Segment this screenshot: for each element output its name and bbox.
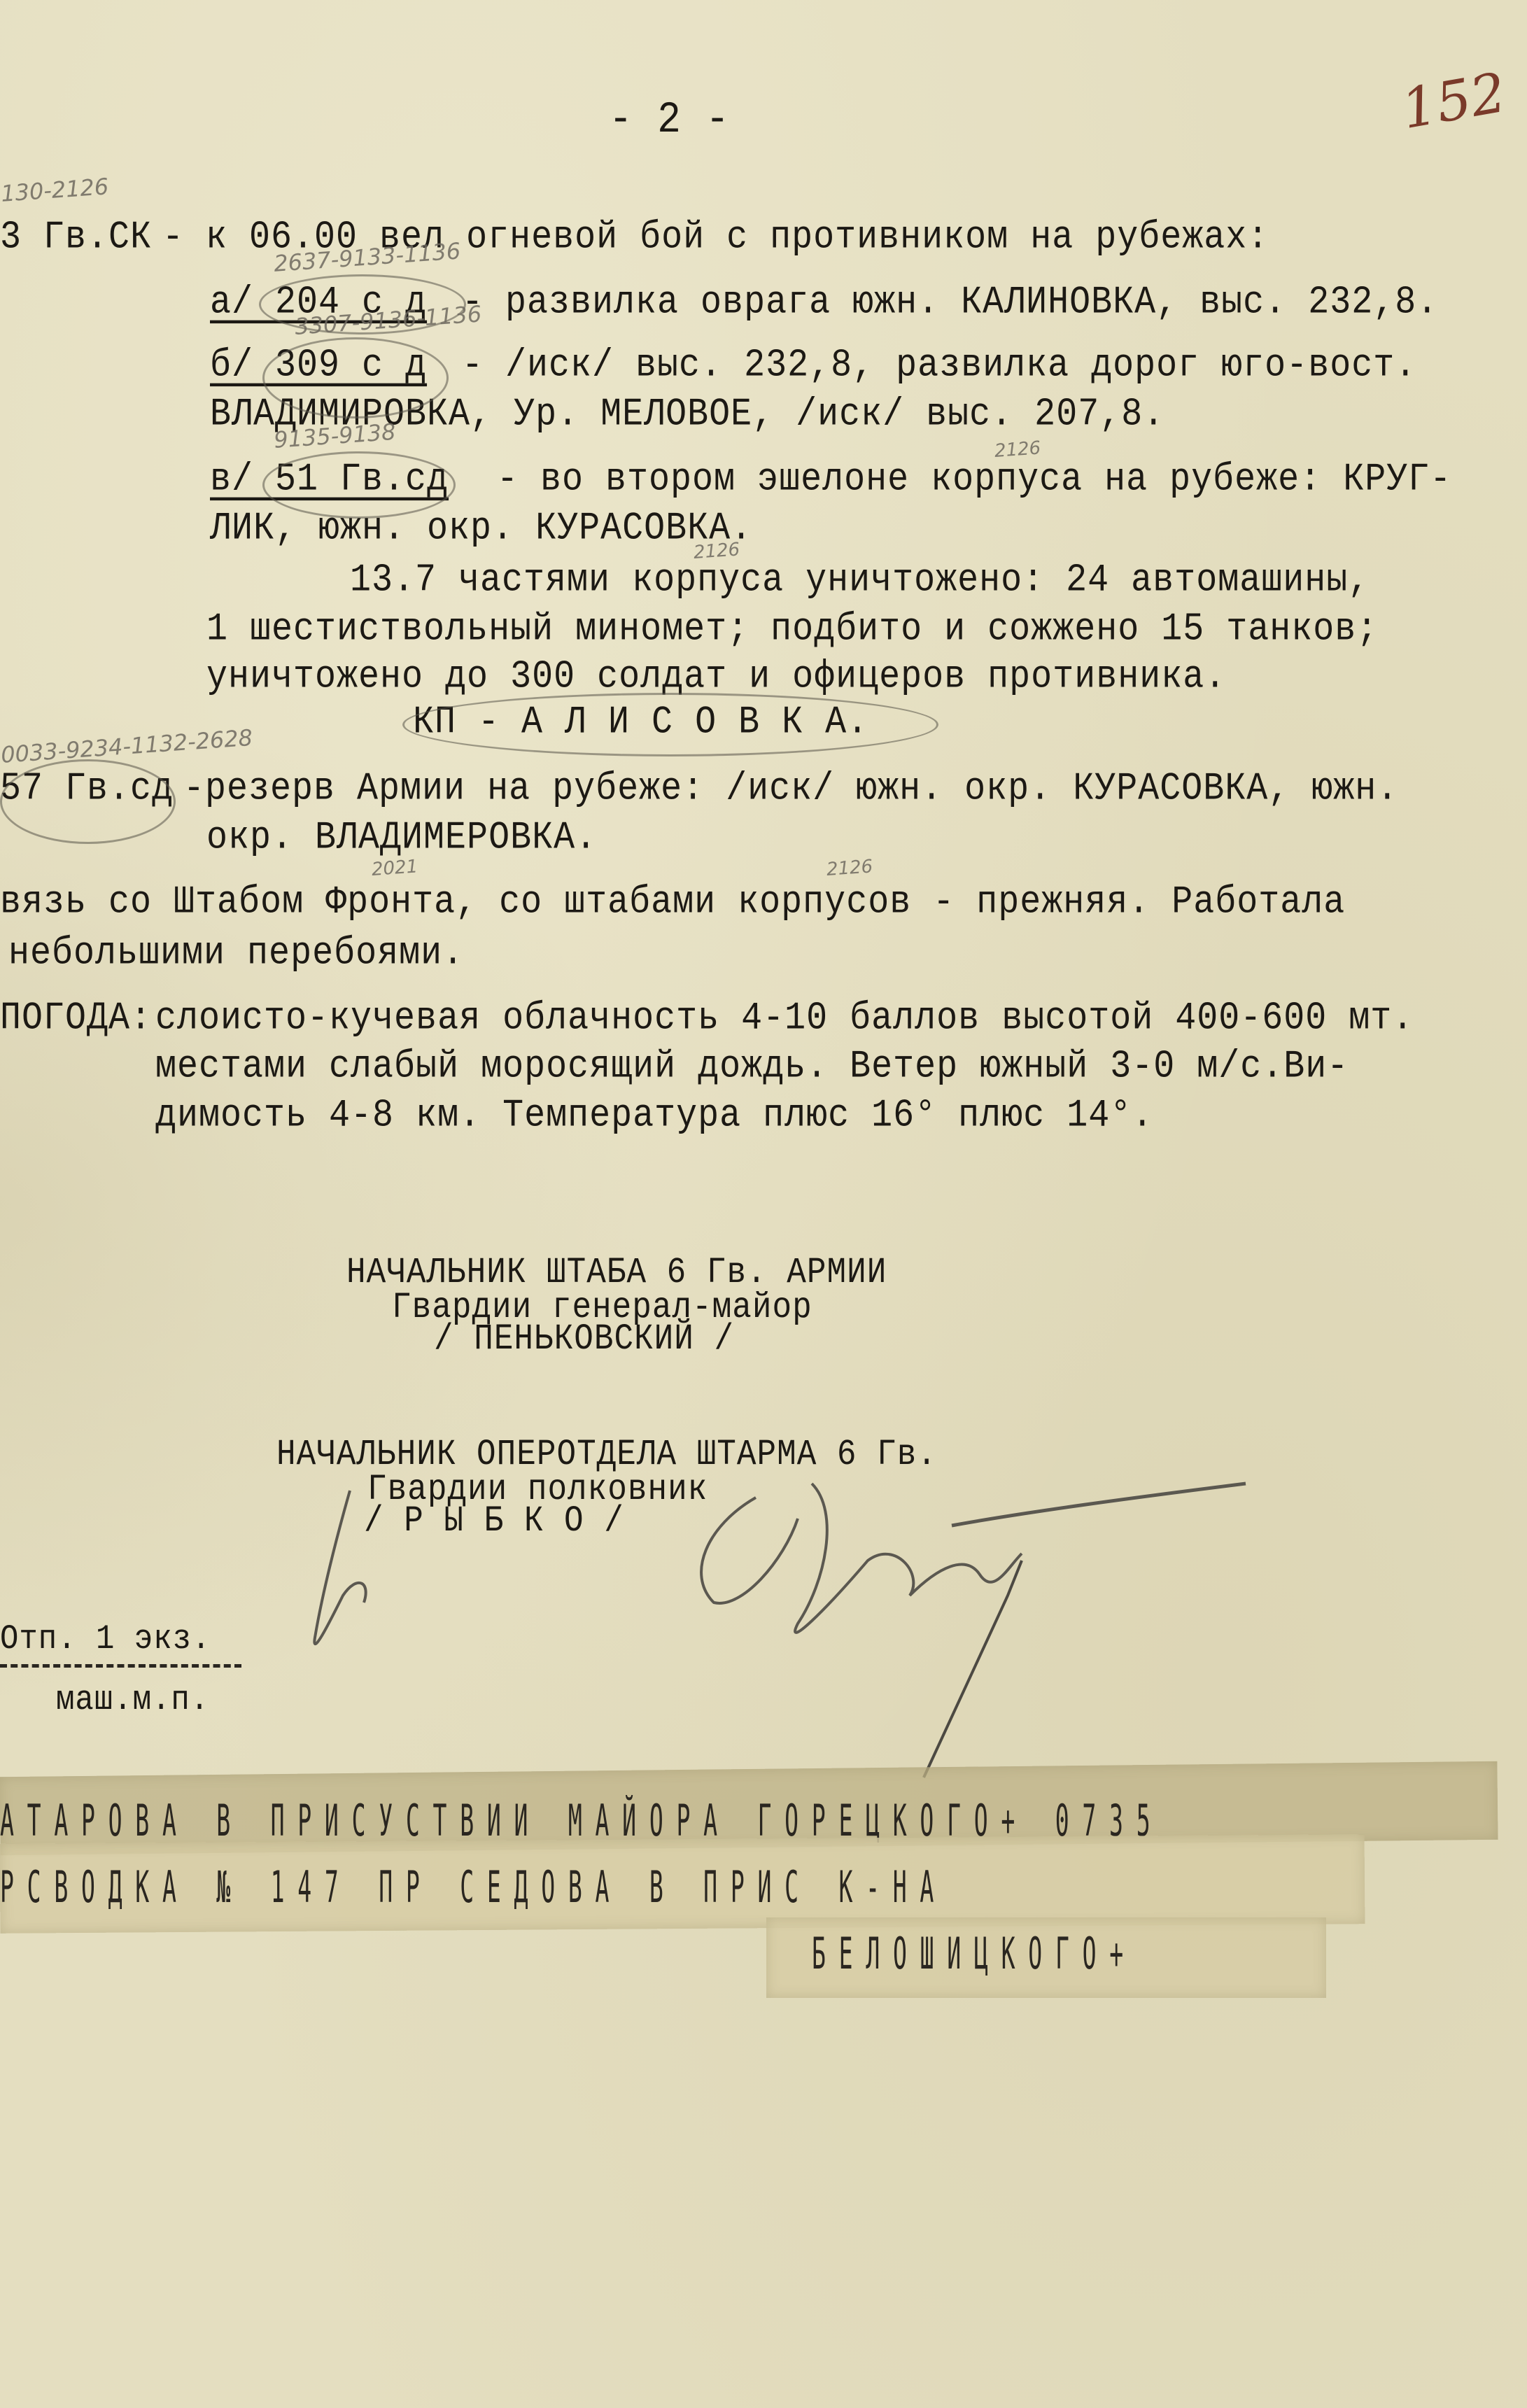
reserve-text2: окр. ВЛАДИМЕРОВКА. — [206, 819, 597, 858]
document-page: - 2 - 152 130-2126 3 Гв.СК - к 06.00 вел… — [0, 0, 1527, 2408]
weather-line-2: местами слабый моросящий дождь. Ветер юж… — [155, 1048, 1349, 1087]
comms-line-2: небольшими перебоями. — [8, 934, 464, 973]
teletype-strip-2-text: РСВОДКА № 147 ПР СЕДОВА В ПРИС К-НА — [0, 1861, 947, 1913]
weather-label: ПОГОДА: — [0, 999, 152, 1038]
margin-note-corps: 130-2126 — [0, 173, 109, 207]
teletype-strip-3-text: БЕЛОШИЦКОГО+ — [812, 1928, 1137, 1979]
weather-line-3: димость 4-8 км. Температура плюс 16° плю… — [155, 1097, 1153, 1136]
typist-note: маш.м.п. — [56, 1683, 209, 1717]
signature-1-name: / ПЕНЬКОВСКИЙ / — [434, 1321, 734, 1358]
comms-line-1: вязь со Штабом Фронта, со штабами корпус… — [0, 883, 1345, 922]
copies-note: Отп. 1 экз. — [0, 1622, 211, 1656]
reserve-label: 57 Гв.сд — [0, 770, 174, 809]
item-a-text: - развилка оврага южн. КАЛИНОВКА, выс. 2… — [462, 283, 1438, 323]
item-b-text: - /иск/ выс. 232,8, развилка дорог юго-в… — [462, 346, 1416, 386]
footer-divider — [0, 1664, 241, 1668]
item-c-text: - во втором эшелоне корпуса на рубеже: К… — [497, 460, 1451, 500]
reserve-text: -резерв Армии на рубеже: /иск/ южн. окр.… — [183, 770, 1398, 809]
command-post: КП - А Л И С О В К А. — [413, 703, 868, 742]
losses-line-3: уничтожено до 300 солдат и офицеров прот… — [206, 658, 1226, 697]
weather-line-1: слоисто-кучевая облачность 4-10 баллов в… — [155, 999, 1414, 1038]
signature-1-title: НАЧАЛЬНИК ШТАБА 6 Гв. АРМИИ — [346, 1255, 887, 1291]
item-b-prefix: б/ 309 с д — [210, 346, 427, 386]
page-number: - 2 - — [609, 98, 730, 142]
folio-number: 152 — [1397, 62, 1510, 141]
handwritten-signature — [294, 1456, 1309, 1777]
losses-line-2: 1 шестиствольный миномет; подбито и сожж… — [206, 610, 1378, 649]
losses-line-1: 13.7 частями корпуса уничтожено: 24 авто… — [350, 561, 1370, 600]
corps-label: 3 Гв.СК — [0, 218, 152, 258]
margin-note-comms-1: 2021 — [371, 856, 418, 880]
item-c-prefix: в/ 51 Гв.сд — [210, 460, 449, 500]
margin-note-comms-2: 2126 — [826, 856, 873, 880]
margin-note-reserve: 0033-9234-1132-2628 — [0, 724, 253, 768]
item-c-text2: ЛИК, южн. окр. КУРАСОВКА. — [210, 509, 752, 549]
